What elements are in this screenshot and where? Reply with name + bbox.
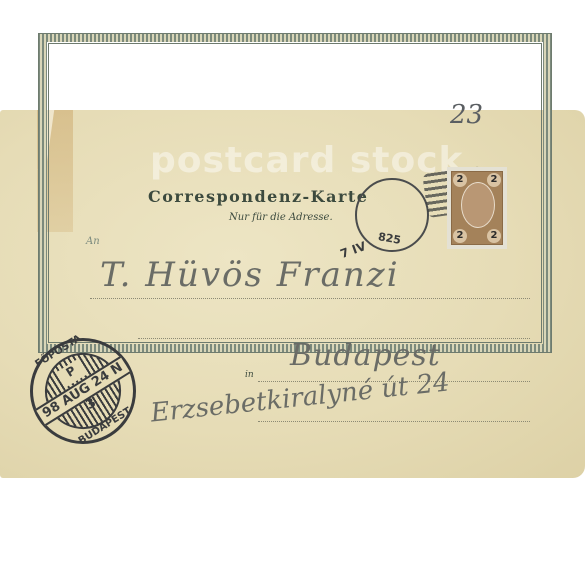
stamp-face: 2 2 2 2 — [451, 171, 503, 245]
stamp-value-tr: 2 — [487, 173, 501, 187]
recipient-city: Budapest — [290, 338, 441, 373]
watermark: postcard stock — [150, 140, 463, 181]
recipient-name: T. Hüvös Franzi — [100, 255, 400, 295]
place-prefix: in — [245, 370, 254, 380]
stamp-value-tl: 2 — [453, 173, 467, 187]
address-prefix: An — [86, 236, 100, 247]
stamp-value-bl: 2 — [453, 229, 467, 243]
postage-stamp: 2 2 2 2 — [447, 167, 507, 249]
address-line-4 — [258, 421, 530, 422]
emperor-portrait-icon — [461, 182, 495, 228]
address-line-1 — [90, 298, 530, 299]
stamp-value-br: 2 — [487, 229, 501, 243]
card-subtitle: Nur für die Adresse. — [229, 212, 333, 223]
